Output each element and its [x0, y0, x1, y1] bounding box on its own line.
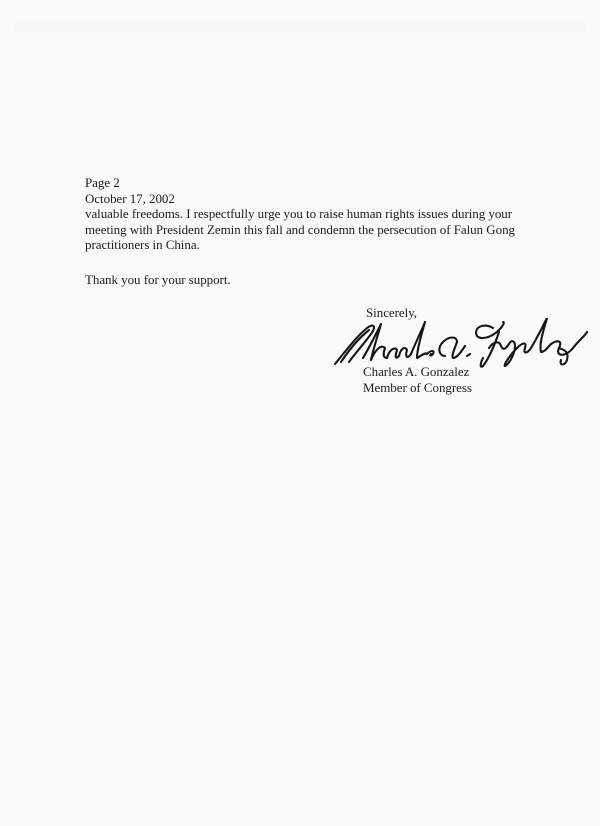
signer-title: Member of Congress	[363, 380, 472, 396]
thanks-line: Thank you for your support.	[85, 272, 231, 288]
body-line: practitioners in China.	[85, 237, 515, 253]
signer-name: Charles A. Gonzalez	[363, 364, 472, 380]
letter-date: October 17, 2002	[85, 191, 175, 207]
signature-icon	[333, 318, 588, 368]
scan-bleed-through	[15, 20, 585, 170]
signer-block: Charles A. Gonzalez Member of Congress	[363, 364, 472, 395]
letter-header: Page 2 October 17, 2002	[85, 175, 175, 206]
body-line: valuable freedoms. I respectfully urge y…	[85, 206, 515, 222]
letter-page: Page 2 October 17, 2002 valuable freedom…	[0, 0, 600, 826]
page-number: Page 2	[85, 175, 175, 191]
body-paragraph: valuable freedoms. I respectfully urge y…	[85, 206, 515, 253]
body-line: meeting with President Zemin this fall a…	[85, 222, 515, 238]
